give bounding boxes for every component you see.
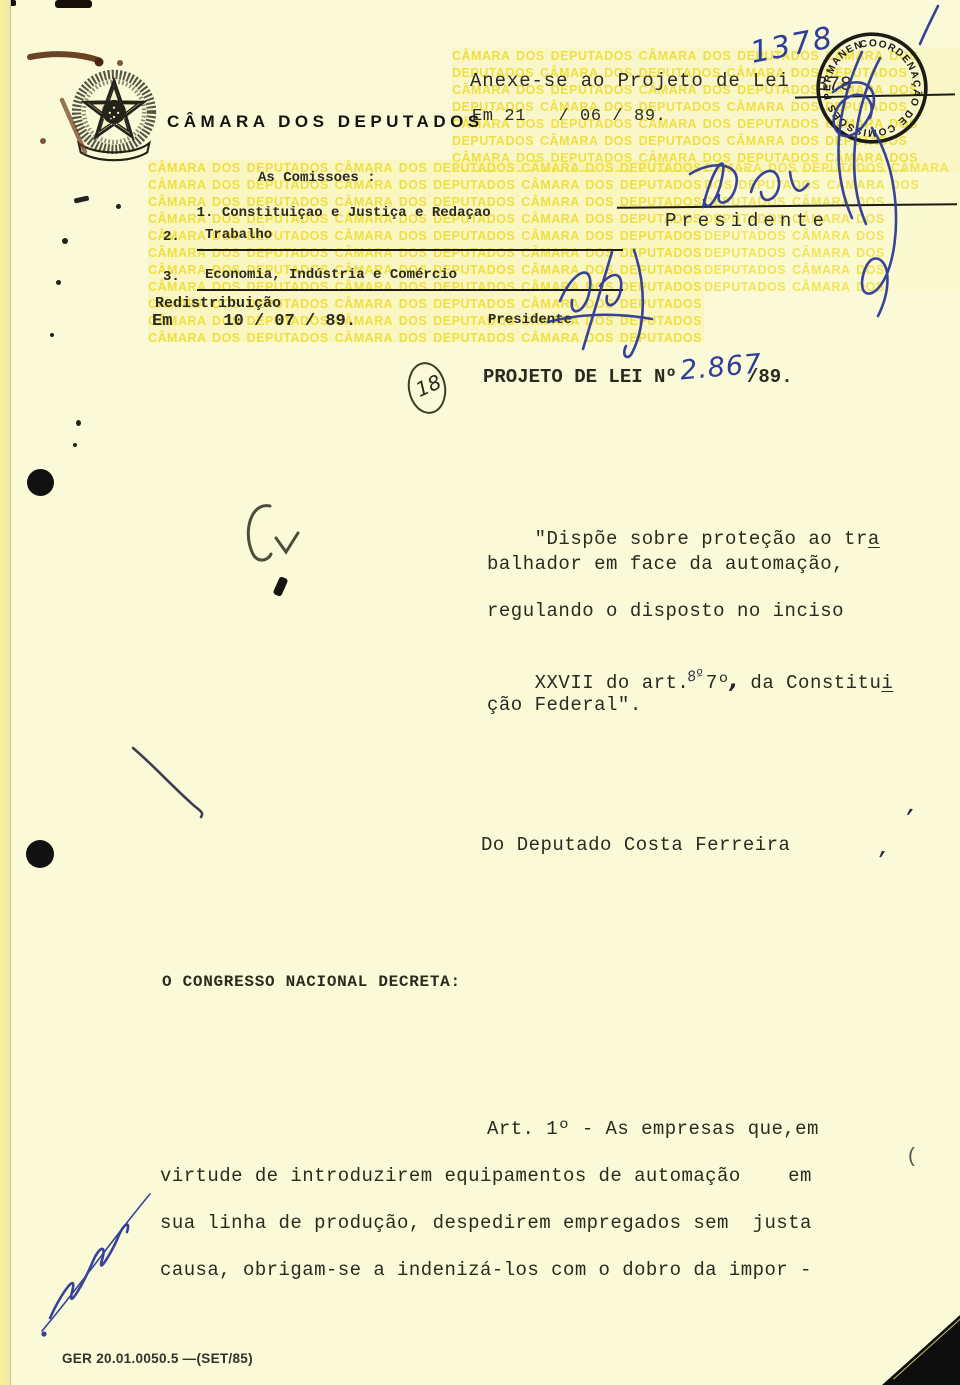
signature-bottom-left xyxy=(41,1331,46,1336)
committees-heading: As Comissoes : xyxy=(258,170,376,186)
ementa-continuation: i xyxy=(881,672,893,694)
president-label-2: Presidente xyxy=(488,312,572,328)
ementa-line-3: regulando o disposto no inciso xyxy=(487,600,844,622)
scanned-document-page: CÂMARA DOS DEPUTADOS CÂMARA DOS DEPUTADO… xyxy=(0,0,960,1385)
ementa-line-2: balhador em face da automação, xyxy=(487,553,844,575)
committee-item-2-num: 2. xyxy=(163,229,180,245)
ink-speck xyxy=(74,195,90,203)
margin-stamp-circle: 18 xyxy=(404,359,450,417)
brazil-coat-of-arms xyxy=(62,64,166,168)
ementa-line-5: ção Federal". xyxy=(487,694,642,716)
stamp-number: 378 xyxy=(816,74,852,97)
ink-speck xyxy=(76,420,81,426)
stray-paren: ( xyxy=(906,1146,918,1169)
ementa-text: "Dispõe sobre proteção ao tr xyxy=(535,528,868,550)
ementa-text: XXVII do art. xyxy=(535,672,690,694)
committee-item-2-name: Trabalho xyxy=(205,227,272,243)
dog-ear-corner xyxy=(882,1315,960,1385)
ementa-text: 7º xyxy=(706,672,730,694)
ink-speck xyxy=(50,333,54,337)
committee-item-3-name: Economia, Indústria e Comércio xyxy=(205,267,457,283)
handwritten-article-insert: 8º xyxy=(686,667,705,686)
scan-edge-mark xyxy=(55,0,92,8)
committee-number: 1. xyxy=(197,205,214,221)
scan-edge-strip xyxy=(0,0,11,1385)
ink-speck xyxy=(116,204,121,209)
signature-bottom-left xyxy=(42,1194,150,1331)
form-code: GER 20.01.0050.5 —(SET/85) xyxy=(62,1351,253,1366)
ink-speck xyxy=(73,443,77,447)
ink-blob xyxy=(273,576,289,597)
committee-name: Constituiçao e Justiça e Redaçao xyxy=(222,205,491,221)
page-title: CÂMARA DOS DEPUTADOS xyxy=(167,112,484,132)
bill-title-label: PROJETO DE LEI Nº xyxy=(483,366,677,388)
decree-line: O CONGRESSO NACIONAL DECRETA: xyxy=(162,973,461,991)
ementa-text: da Constitu xyxy=(739,672,882,694)
punch-hole xyxy=(26,840,54,868)
committee-line-3 xyxy=(197,289,623,291)
handwritten-comma: , xyxy=(730,669,739,694)
signature-bottom-left xyxy=(50,1225,128,1318)
margin-stamp-number: 18 xyxy=(412,370,445,402)
article-line-2: virtude de introduzirem equipamentos de … xyxy=(160,1165,812,1187)
article-line-4: causa, obrigam-se a indenizá-los com o d… xyxy=(160,1259,812,1281)
redistribution-label: Redistribuição xyxy=(155,295,281,312)
punch-hole xyxy=(27,469,54,496)
check-mark-c xyxy=(248,506,298,561)
redistribution-date: Em 10 / 07 / 89. xyxy=(152,312,356,331)
stray-comma: , xyxy=(876,837,891,861)
committee-item-3-num: 3. xyxy=(163,269,180,285)
annex-line: Anexe-se ao Projeto de Lei xyxy=(470,70,790,92)
article-line-1: Art. 1º - As empresas que,em xyxy=(487,1118,819,1140)
ink-speck xyxy=(62,238,68,244)
article-line-3: sua linha de produção, despedirem empreg… xyxy=(160,1212,812,1234)
author-line: Do Deputado Costa Ferreira xyxy=(481,834,790,856)
president-label: Presidente xyxy=(665,210,829,232)
stray-comma: , xyxy=(904,795,921,820)
pen-stroke-diagonal xyxy=(133,748,202,817)
ementa-continuation: a xyxy=(868,528,880,550)
ink-speck xyxy=(56,280,61,285)
committee-line-2 xyxy=(197,249,623,251)
annex-date: Em 21 / 06 / 89. xyxy=(472,107,666,126)
